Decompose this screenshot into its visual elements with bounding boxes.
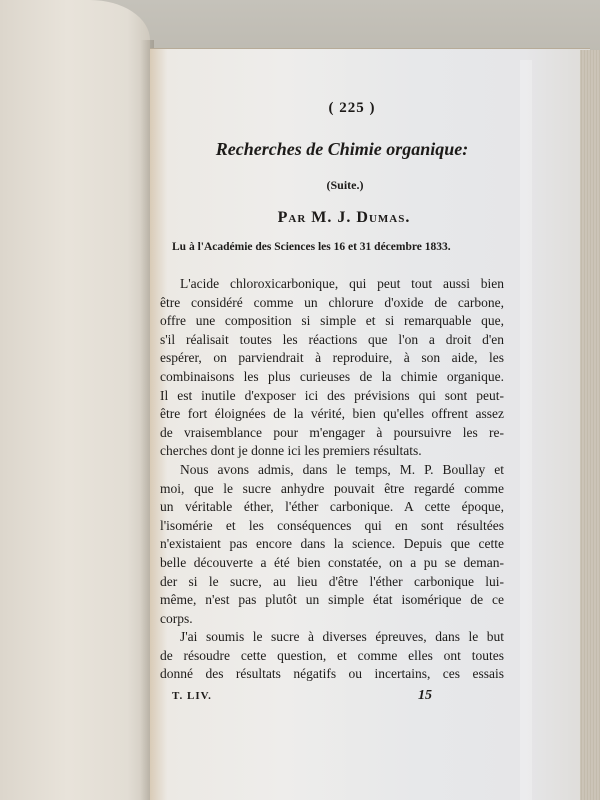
text-line: cherches dont je donne ici les premiers …	[160, 442, 504, 461]
text-line: un véritable éther, l'éther carbonique. …	[160, 498, 504, 517]
text-line: belle découverte a été bien constatée, o…	[160, 554, 504, 573]
text-line: l'isomérie et les conséquences qui en so…	[160, 517, 504, 536]
text-line: s'il réalisait toutes les réactions que …	[160, 331, 504, 350]
article-title: Recherches de Chimie organique:	[180, 139, 504, 160]
text-line: être considéré comme un chlorure d'oxide…	[160, 294, 504, 313]
text-line: J'ai soumis le sucre à diverses épreuves…	[160, 628, 504, 647]
text-line: Nous avons admis, dans le temps, M. P. B…	[160, 461, 504, 480]
light-reflection	[520, 60, 532, 800]
paragraph-2: Nous avons admis, dans le temps, M. P. B…	[160, 461, 504, 628]
text-line: corps.	[160, 610, 504, 629]
page-number: ( 225 )	[200, 100, 504, 117]
text-line: combinaisons les plus curieuses de la ch…	[160, 368, 504, 387]
volume-signature: T. LIV.	[172, 690, 212, 702]
paragraph-3: J'ai soumis le sucre à diverses épreuves…	[160, 628, 504, 684]
article-subtitle: (Suite.)	[186, 178, 504, 193]
sheet-number: 15	[418, 688, 432, 704]
page-stack-edge	[580, 50, 600, 800]
text-line: de résoudre cette question, et comme ell…	[160, 647, 504, 666]
text-line: moi, que le sucre anhydre pouvait être r…	[160, 480, 504, 499]
text-line: de vraisemblance pour m'engager à poursu…	[160, 424, 504, 443]
text-line: der si le sucre, au lieu d'être l'éther …	[160, 573, 504, 592]
text-line: espérer, on parviendrait à reproduire, à…	[160, 349, 504, 368]
text-line: L'acide chloroxicarbonique, qui peut tou…	[160, 275, 504, 294]
page-footer: T. LIV. 15	[160, 690, 504, 710]
text-line: n'existaient pas encore dans la science.…	[160, 535, 504, 554]
page-content: ( 225 ) Recherches de Chimie organique: …	[160, 100, 504, 710]
text-line: donné des résultats négatifs ou incertai…	[160, 665, 504, 684]
left-page	[0, 0, 150, 800]
text-line: offre une composition si simple et si re…	[160, 312, 504, 331]
article-author: Par M. J. Dumas.	[184, 209, 504, 227]
text-line: Il est inutile d'exposer ici des prévisi…	[160, 387, 504, 406]
text-line: même, n'est pas plutôt un simple état is…	[160, 591, 504, 610]
paragraph-1: L'acide chloroxicarbonique, qui peut tou…	[160, 275, 504, 461]
reading-note: Lu à l'Académie des Sciences les 16 et 3…	[172, 241, 504, 253]
text-line: être fort éloignées de la vérité, bien q…	[160, 405, 504, 424]
article-body: L'acide chloroxicarbonique, qui peut tou…	[160, 275, 504, 684]
